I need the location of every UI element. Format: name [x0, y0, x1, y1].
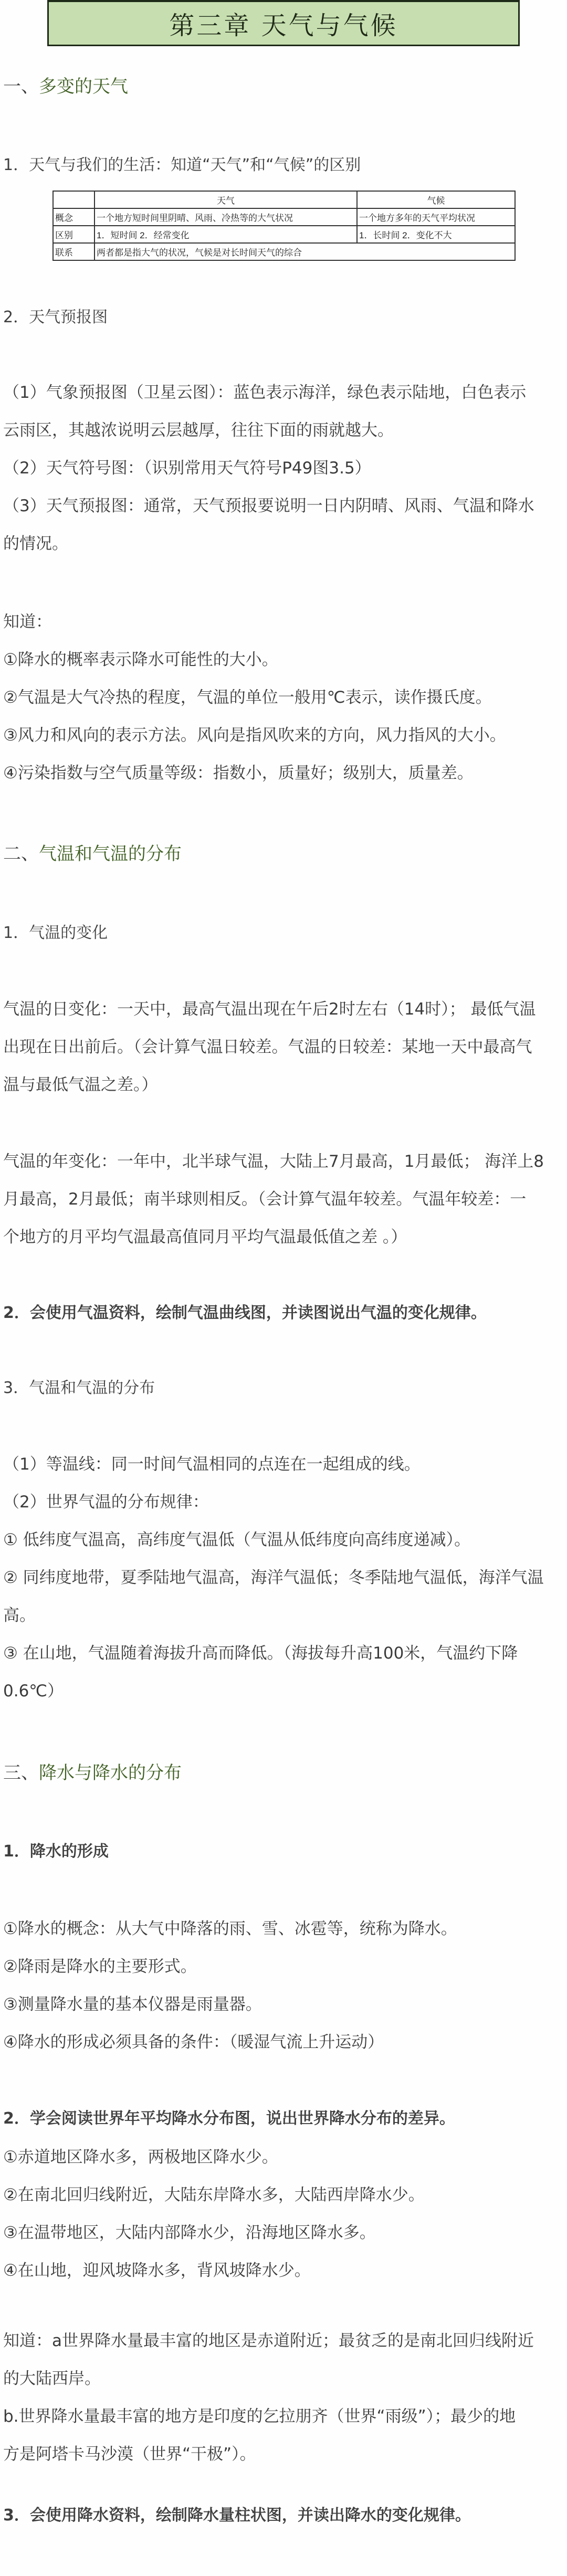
section-number: 二、 [3, 843, 39, 864]
text-line: 方是阿塔卡马沙漠（世界“干极”）。 [3, 2435, 567, 2473]
table-header-climate: 气候 [357, 191, 515, 208]
list-item: ② 同纬度地带，夏季陆地气温高，海洋气温低；冬季陆地气温低，海洋气温 [3, 1559, 567, 1597]
list-item: ③在温带地区，大陆内部降水少，沿海地区降水多。 [3, 2214, 567, 2252]
subheading-temperature-change: 1．气温的变化 [3, 922, 567, 945]
section-title: 多变的天气 [39, 76, 128, 97]
list-item: ①降水的概率表示降水可能性的大小。 [3, 641, 567, 679]
list-item: ①降水的概念：从大气中降落的雨、雪、冰雹等，统称为降水。 [3, 1910, 567, 1948]
table-row: 区别 1．短时间 2．经常变化 1．长时间 2．变化不大 [53, 226, 515, 243]
text-line: 个地方的月平均气温最高值同月平均气温最低值之差 。） [3, 1218, 567, 1256]
text-line: （1）气象预报图（卫星云图）：蓝色表示海洋，绿色表示陆地，白色表示 [3, 374, 567, 411]
text-line: 知道：a世界降水量最丰富的地区是赤道附近；最贫乏的是南北回归线附近 [3, 2322, 567, 2360]
subheading-precipitation-chart: 3．会使用降水资料，绘制降水量柱状图，并读出降水的变化规律。 [3, 2504, 567, 2527]
paragraph-precipitation-distribution: ①赤道地区降水多，两极地区降水少。 ②在南北回归线附近，大陆东岸降水多，大陆西岸… [3, 2138, 567, 2289]
paragraph-daily-variation: 气温的日变化：一天中，最高气温出现在午后2时左右（14时）； 最低气温 出现在日… [3, 990, 567, 1104]
subheading-forecast-maps: 2．天气预报图 [3, 306, 567, 329]
paragraph-precipitation-formation: ①降水的概念：从大气中降落的雨、雪、冰雹等，统称为降水。 ②降雨是降水的主要形式… [3, 1910, 567, 2061]
subheading-precipitation-map: 2．学会阅读世界年平均降水分布图，说出世界降水分布的差异。 [3, 2107, 567, 2130]
list-item: ① 低纬度气温高，高纬度气温低（气温从低纬度向高纬度递减）。 [3, 1521, 567, 1559]
table-header-weather: 天气 [94, 191, 357, 208]
text-line: 气温的日变化：一天中，最高气温出现在午后2时左右（14时）； 最低气温 [3, 990, 567, 1028]
table-cell: 一个地方多年的天气平均状况 [357, 208, 515, 226]
table-header-row: 天气 气候 [53, 191, 515, 208]
text-line: 月最高，2月最低；南半球则相反。（会计算气温年较差。气温年较差：一 [3, 1180, 567, 1218]
list-item: ③测量降水量的基本仪器是雨量器。 [3, 1986, 567, 2023]
text-line: （2）天气符号图：（识别常用天气符号P49图3.5） [3, 449, 567, 487]
know-label: 知道： [3, 603, 567, 641]
table-cell: 两者都是指大气的状况，气候是对长时间天气的综合 [94, 243, 515, 260]
list-item: ④降水的形成必须具备的条件：（暖湿气流上升运动） [3, 2023, 567, 2061]
list-item: ②降雨是降水的主要形式。 [3, 1948, 567, 1986]
list-item: ④污染指数与空气质量等级：指数小，质量好；级别大，质量差。 [3, 754, 567, 792]
paragraph-annual-variation: 气温的年变化：一年中，北半球气温，大陆上7月最高，1月最低； 海洋上8 月最高，… [3, 1143, 567, 1256]
table-row: 概念 一个地方短时间里阴晴、风雨、冷热等的大气状况 一个地方多年的天气平均状况 [53, 208, 515, 226]
table-cell: 区别 [53, 226, 94, 243]
text-line: （3）天气预报图：通常，天气预报要说明一日内阴晴、风雨、气温和降水 [3, 487, 567, 525]
section-heading-1: 一、多变的天气 [3, 74, 567, 99]
section-heading-2: 二、气温和气温的分布 [3, 841, 567, 867]
subheading-temperature-curve: 2．会使用气温资料，绘制气温曲线图，并读图说出气温的变化规律。 [3, 1302, 567, 1325]
table-cell: 1．短时间 2．经常变化 [94, 226, 357, 243]
subheading-temperature-distribution: 3．气温和气温的分布 [3, 1377, 567, 1400]
list-item: ③ 在山地，气温随着海拔升高而降低。（海拔每升高100米，气温约下降 [3, 1634, 567, 1672]
list-item: ③风力和风向的表示方法。风向是指风吹来的方向，风力指风的大小。 [3, 716, 567, 754]
text-line: 云雨区，其越浓说明云层越厚，往往下面的雨就越大。 [3, 411, 567, 449]
weather-climate-table: 天气 气候 概念 一个地方短时间里阴晴、风雨、冷热等的大气状况 一个地方多年的天… [52, 191, 516, 261]
text-line: b.世界降水量最丰富的地方是印度的乞拉朋齐（世界“雨级”）；最少的地 [3, 2398, 567, 2435]
table-cell: 概念 [53, 208, 94, 226]
text-line: 的情况。 [3, 525, 567, 563]
list-item: ②在南北回归线附近，大陆东岸降水多，大陆西岸降水少。 [3, 2176, 567, 2214]
text-line: 高。 [3, 1597, 567, 1634]
paragraph-precipitation-know: 知道：a世界降水量最丰富的地区是赤道附近；最贫乏的是南北回归线附近 的大陆西岸。… [3, 2322, 567, 2473]
text-line: 的大陆西岸。 [3, 2360, 567, 2398]
subheading-weather-vs-climate: 1．天气与我们的生活：知道“天气”和“气候”的区别 [3, 154, 567, 177]
table-cell: 1．长时间 2．变化不大 [357, 226, 515, 243]
subheading-precipitation-formation: 1．降水的形成 [3, 1840, 567, 1863]
text-line: （1）等温线：同一时间气温相同的点连在一起组成的线。 [3, 1445, 567, 1483]
section-title: 气温和气温的分布 [39, 843, 182, 864]
text-line: 温与最低气温之差。） [3, 1066, 567, 1104]
table-row: 联系 两者都是指大气的状况，气候是对长时间天气的综合 [53, 243, 515, 260]
text-line: 0.6℃） [3, 1672, 567, 1710]
section-number: 三、 [3, 1762, 39, 1783]
section-heading-3: 三、降水与降水的分布 [3, 1760, 567, 1786]
paragraph-temperature-distribution: （1）等温线：同一时间气温相同的点连在一起组成的线。 （2）世界气温的分布规律：… [3, 1445, 567, 1710]
paragraph-know: 知道： ①降水的概率表示降水可能性的大小。 ②气温是大气冷热的程度，气温的单位一… [3, 603, 567, 792]
list-item: ④在山地，迎风坡降水多，背风坡降水少。 [3, 2252, 567, 2289]
chapter-title: 第三章 天气与气候 [169, 5, 397, 41]
text-line: （2）世界气温的分布规律： [3, 1483, 567, 1521]
text-line: 气温的年变化：一年中，北半球气温，大陆上7月最高，1月最低； 海洋上8 [3, 1143, 567, 1180]
list-item: ①赤道地区降水多，两极地区降水少。 [3, 2138, 567, 2176]
list-item: ②气温是大气冷热的程度，气温的单位一般用℃表示，读作摄氏度。 [3, 679, 567, 716]
section-title: 降水与降水的分布 [39, 1762, 182, 1783]
paragraph-forecast-maps: （1）气象预报图（卫星云图）：蓝色表示海洋，绿色表示陆地，白色表示 云雨区，其越… [3, 374, 567, 563]
section-number: 一、 [3, 76, 39, 97]
text-line: 出现在日出前后。（会计算气温日较差。气温的日较差：某地一天中最高气 [3, 1028, 567, 1066]
table-cell: 一个地方短时间里阴晴、风雨、冷热等的大气状况 [94, 208, 357, 226]
table-cell [53, 191, 94, 208]
chapter-title-box: 第三章 天气与气候 [47, 0, 520, 46]
table-cell: 联系 [53, 243, 94, 260]
